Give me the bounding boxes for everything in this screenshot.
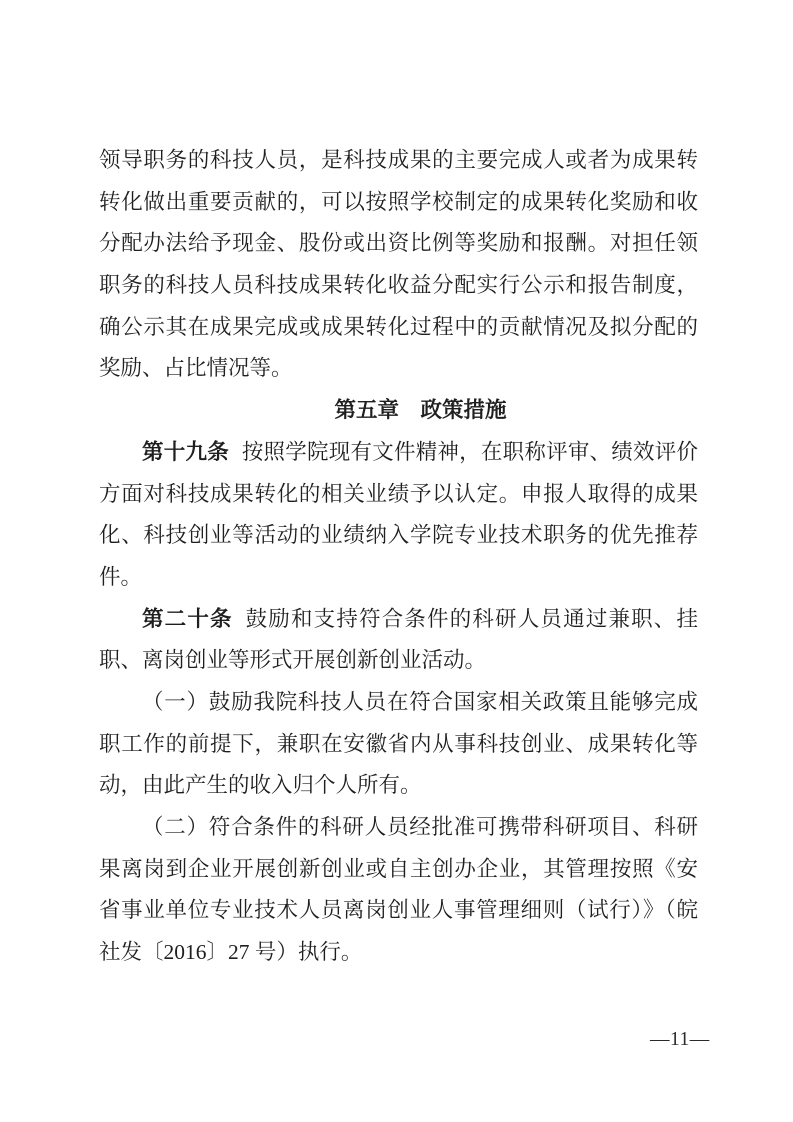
text-line: 第二十条鼓励和支持符合条件的科研人员通过兼职、挂 bbox=[99, 599, 698, 641]
text-line: 分配办法给予现金、股份或出资比例等奖励和报酬。对担任领导 bbox=[99, 223, 698, 265]
text-line: 化、科技创业等活动的业绩纳入学院专业技术职务的优先推荐条 bbox=[99, 515, 698, 557]
article-19: 第十九条按照学院现有文件精神，在职称评审、绩效评价 方面对科技成果转化的相关业绩… bbox=[99, 432, 698, 599]
document-text-block: 领导职务的科技人员，是科技成果的主要完成人或者为成果转移 转化做出重要贡献的，可… bbox=[99, 140, 698, 974]
article-20: 第二十条鼓励和支持符合条件的科研人员通过兼职、挂 职、离岗创业等形式开展创新创业… bbox=[99, 599, 698, 682]
text-line: 奖励、占比情况等。 bbox=[99, 348, 698, 390]
text-line: 职务的科技人员科技成果转化收益分配实行公示和报告制度，明 bbox=[99, 265, 698, 307]
text-line: 省事业单位专业技术人员离岗创业人事管理细则（试行）》（皖人 bbox=[99, 890, 698, 932]
text-line: 确公示其在成果完成或成果转化过程中的贡献情况及拟分配的 bbox=[99, 307, 698, 349]
text-line: 领导职务的科技人员，是科技成果的主要完成人或者为成果转移 bbox=[99, 140, 698, 182]
text-line: 职工作的前提下，兼职在安徽省内从事科技创业、成果转化等活 bbox=[99, 724, 698, 766]
document-page: 领导职务的科技人员，是科技成果的主要完成人或者为成果转移 转化做出重要贡献的，可… bbox=[0, 0, 793, 1122]
text-line: （一）鼓励我院科技人员在符合国家相关政策且能够完成本 bbox=[99, 682, 698, 724]
article-number: 第二十条 bbox=[142, 607, 233, 631]
article-text: 鼓励和支持符合条件的科研人员通过兼职、挂 bbox=[246, 607, 698, 631]
article-text: 按照学院现有文件精神，在职称评审、绩效评价 bbox=[242, 440, 698, 464]
intro-paragraph: 领导职务的科技人员，是科技成果的主要完成人或者为成果转移 转化做出重要贡献的，可… bbox=[99, 140, 698, 390]
text-line: 动，由此产生的收入归个人所有。 bbox=[99, 765, 698, 807]
text-line: 转化做出重要贡献的，可以按照学校制定的成果转化奖励和收益 bbox=[99, 182, 698, 224]
article-number: 第十九条 bbox=[142, 440, 229, 464]
text-line: 件。 bbox=[99, 557, 698, 599]
text-line: 果离岗到企业开展创新创业或自主创办企业，其管理按照《安徽 bbox=[99, 849, 698, 891]
text-line: 方面对科技成果转化的相关业绩予以认定。申报人取得的成果转 bbox=[99, 474, 698, 516]
text-line: 第十九条按照学院现有文件精神，在职称评审、绩效评价 bbox=[99, 432, 698, 474]
list-item-1: （一）鼓励我院科技人员在符合国家相关政策且能够完成本 职工作的前提下，兼职在安徽… bbox=[99, 682, 698, 807]
text-line: 职、离岗创业等形式开展创新创业活动。 bbox=[99, 640, 698, 682]
chapter-heading: 第五章 政策措施 bbox=[121, 390, 720, 432]
page-number: —11— bbox=[650, 1029, 710, 1051]
text-line: 社发〔2016〕27 号）执行。 bbox=[99, 932, 698, 974]
text-line: （二）符合条件的科研人员经批准可携带科研项目、科研成 bbox=[99, 807, 698, 849]
list-item-2: （二）符合条件的科研人员经批准可携带科研项目、科研成 果离岗到企业开展创新创业或… bbox=[99, 807, 698, 974]
